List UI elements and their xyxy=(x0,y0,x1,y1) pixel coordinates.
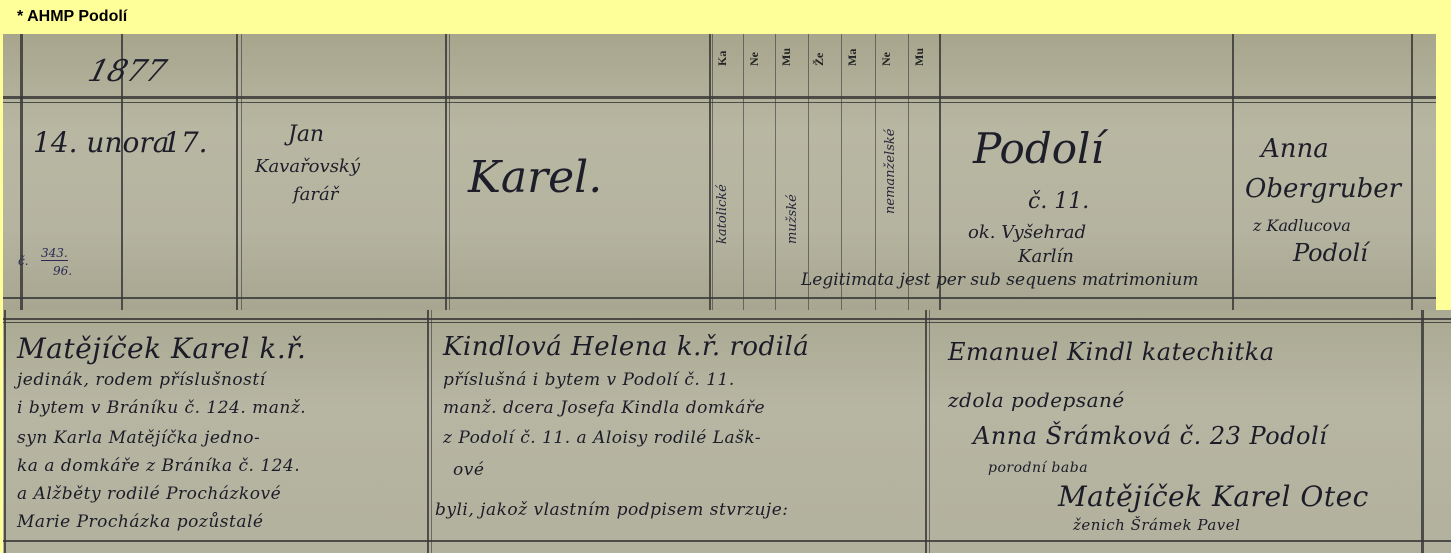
column-rule xyxy=(445,34,447,310)
birth-date-day: 14. unora xyxy=(33,126,169,159)
father-line: Matějíček Karel k.ř. xyxy=(17,332,306,365)
column-rule xyxy=(939,34,941,310)
witness-line: Matějíček Karel Otec xyxy=(1058,480,1369,513)
column-rule xyxy=(1421,310,1424,553)
row-rule xyxy=(3,297,1436,299)
father-line: syn Karla Matějíčka jedno- xyxy=(17,428,260,448)
column-header: Mu xyxy=(779,48,794,66)
midwife-last: Obergruber xyxy=(1245,174,1401,204)
mother-line: příslušná i bytem v Podolí č. 11. xyxy=(443,370,735,390)
column-rule xyxy=(20,34,23,310)
column-rule xyxy=(875,34,876,310)
mother-line: manž. dcera Josefa Kindla domkáře xyxy=(443,398,765,418)
column-rule xyxy=(925,310,927,553)
register-scan-bottom: Matějíček Karel k.ř. jedinák, rodem přís… xyxy=(3,310,1451,553)
mother-line: Kindlová Helena k.ř. rodilá xyxy=(443,332,809,362)
row-rule xyxy=(3,540,1451,542)
column-header: Že xyxy=(812,53,827,66)
archive-label: * AHMP Podolí xyxy=(17,8,127,26)
row-rule xyxy=(3,102,1436,103)
priest-first: Jan xyxy=(288,122,324,147)
witness-line: Emanuel Kindl katechitka xyxy=(948,338,1275,366)
reference-prefix: č. xyxy=(18,254,29,268)
column-rule xyxy=(709,34,711,310)
child-name: Karel. xyxy=(468,152,602,203)
father-line: ka a domkáře z Bráníka č. 124. xyxy=(17,456,300,476)
witness-line: Anna Šrámková č. 23 Podolí xyxy=(973,422,1327,450)
register-scan-top: Ka Ne Mu Že Ma Ne Mu 1877 14. unora 17. … xyxy=(3,34,1436,310)
column-header: Ne xyxy=(747,52,762,66)
column-header: Ma xyxy=(845,49,860,66)
column-header: Ne xyxy=(879,52,894,66)
witness-line: porodní baba xyxy=(988,460,1088,476)
column-rule xyxy=(4,310,6,553)
column-rule xyxy=(427,310,429,553)
father-line: i bytem v Bráníku č. 124. manž. xyxy=(17,398,306,418)
priest-title: farář xyxy=(293,184,338,205)
column-rule xyxy=(775,34,776,310)
midwife-first: Anna xyxy=(1261,134,1329,164)
religion: katolické xyxy=(715,184,730,244)
district: ok. Vyšehrad xyxy=(968,222,1086,243)
column-rule xyxy=(431,310,432,553)
reference-numerator: 343. xyxy=(41,246,68,261)
column-header: Ka xyxy=(715,51,730,66)
column-rule xyxy=(712,34,713,310)
reference-denominator: 96. xyxy=(53,264,72,278)
column-rule xyxy=(743,34,744,310)
house-number: č. 11. xyxy=(1028,189,1089,214)
district-sub: Karlín xyxy=(1018,246,1074,267)
priest-last: Kavařovský xyxy=(255,156,360,177)
father-line: jedinák, rodem příslušností xyxy=(17,370,266,390)
sex: mužské xyxy=(785,194,800,244)
year: 1877 xyxy=(84,54,170,89)
midwife-place: Podolí xyxy=(1293,239,1368,267)
column-rule xyxy=(808,34,809,310)
place-name: Podolí xyxy=(973,124,1104,173)
column-rule xyxy=(236,34,238,310)
legitimation-note: Legitimata jest per sub sequens matrimon… xyxy=(801,270,1199,290)
witness-line: zdola podepsané xyxy=(948,388,1125,412)
row-rule xyxy=(3,318,1451,320)
legitimacy: nemanželské xyxy=(883,129,898,214)
column-header: Mu xyxy=(912,48,927,66)
father-line: Marie Procházka pozůstalé xyxy=(17,512,263,532)
mother-line: byli, jakož vlastním podpisem stvrzuje: xyxy=(435,500,789,520)
birth-date-num: 17. xyxy=(163,126,208,159)
column-rule xyxy=(241,34,242,310)
column-rule xyxy=(1411,34,1413,310)
column-rule xyxy=(908,34,909,310)
column-rule xyxy=(841,34,842,310)
row-rule xyxy=(3,322,1451,323)
midwife-origin: z Kadlucova xyxy=(1253,216,1351,235)
witness-line: ženich Šrámek Pavel xyxy=(1073,516,1240,534)
row-rule xyxy=(3,96,1436,99)
father-line: a Alžběty rodilé Procházkové xyxy=(17,484,281,504)
column-rule xyxy=(1232,34,1234,310)
mother-line: z Podolí č. 11. a Aloisy rodilé Lašk- xyxy=(443,428,761,448)
column-rule xyxy=(449,34,450,310)
column-rule xyxy=(929,310,930,553)
mother-line: ové xyxy=(453,460,484,480)
